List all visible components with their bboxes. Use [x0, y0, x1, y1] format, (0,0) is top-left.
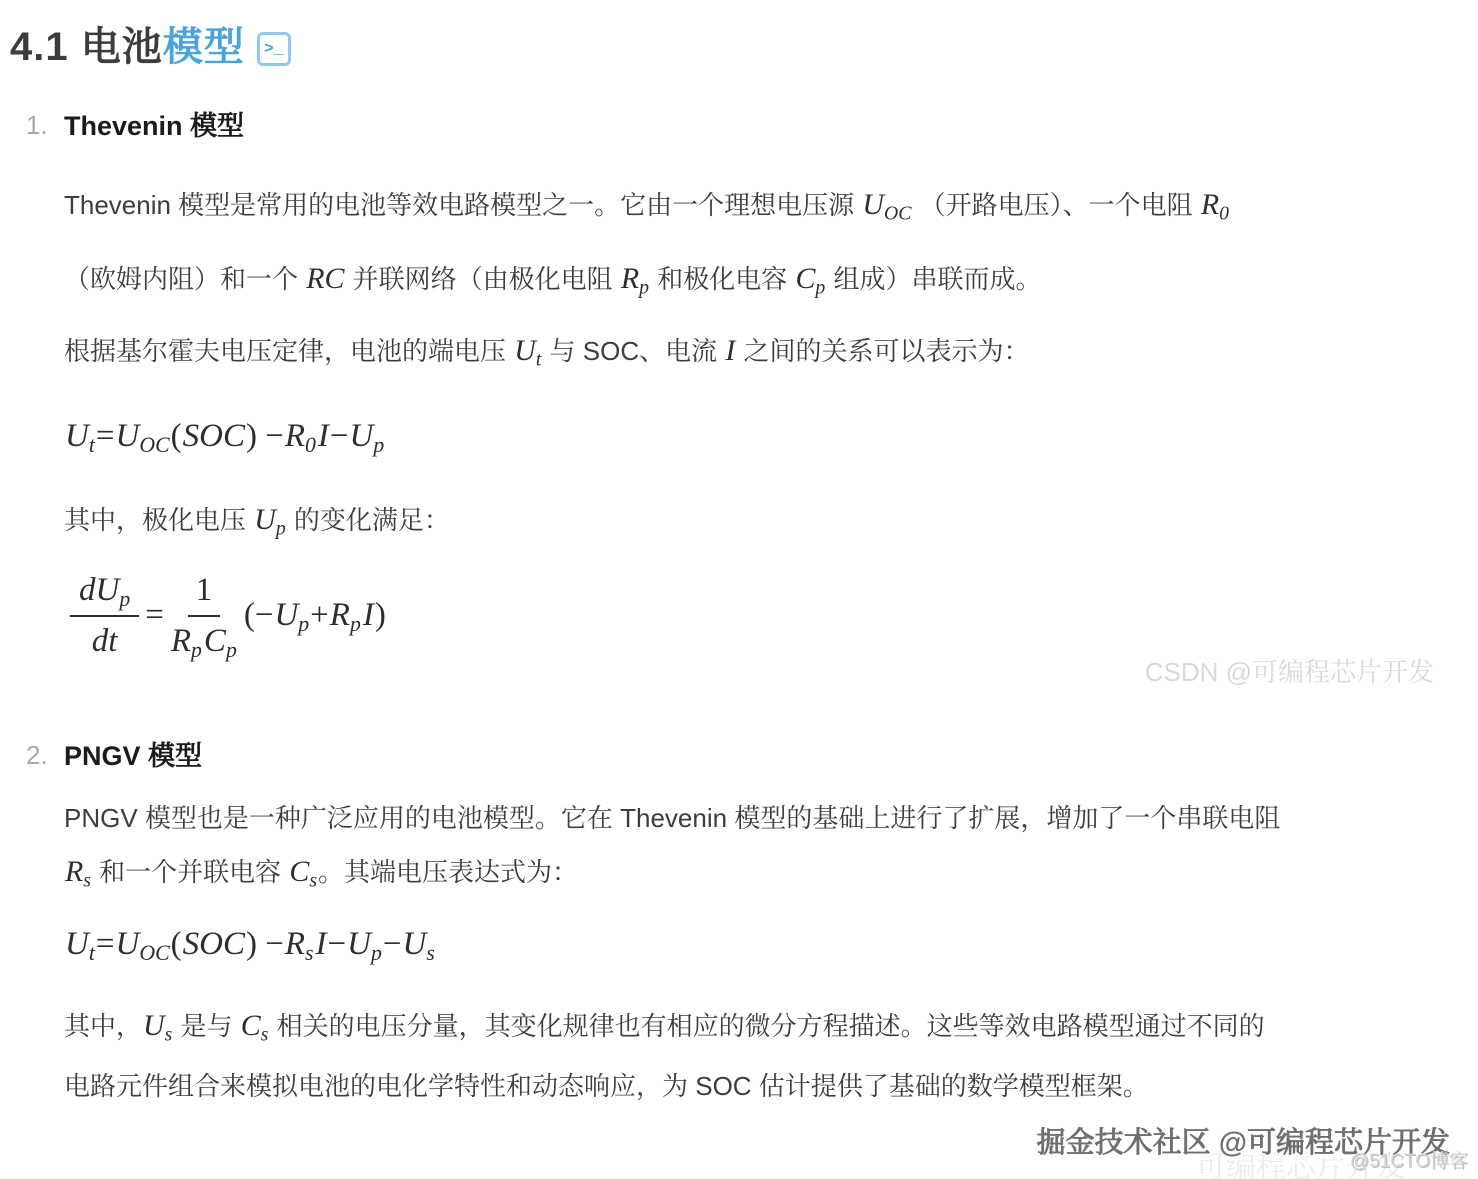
- math-var: I: [362, 597, 375, 634]
- math-var: Up: [349, 418, 386, 455]
- math-var: Ut: [64, 926, 96, 963]
- text-run: ) −: [246, 926, 284, 963]
- math-var: SOC: [182, 418, 246, 455]
- paragraph-thevenin-intro: Thevenin 模型是常用的电池等效电路模型之一。它由一个理想电压源 UOC …: [64, 168, 1448, 316]
- math-var: R0: [1200, 188, 1230, 221]
- text-run: （欧姆内阻）和一个: [64, 264, 305, 294]
- fraction: dUpdt: [70, 572, 139, 660]
- math-var: Ut: [513, 334, 542, 367]
- math-var: UOC: [115, 926, 171, 963]
- text-run: 。其端电压表达式为：: [318, 857, 578, 887]
- paragraph-pngv-intro: PNGV 模型也是一种广泛应用的电池模型。它在 Thevenin 模型的基础上进…: [64, 792, 1448, 899]
- math-var: Cp: [794, 262, 826, 295]
- math-var: I: [314, 926, 327, 963]
- heading-anchor-link[interactable]: 模型: [163, 26, 245, 68]
- formula-pngv-voltage: Ut = UOC(SOC) − RsI − Up − Us: [64, 926, 1448, 963]
- text-run: (: [171, 926, 182, 963]
- list-number: 2.: [26, 740, 48, 771]
- list-number: 1.: [26, 110, 48, 141]
- text-run: （开路电压）、一个电阻: [912, 190, 1199, 220]
- text-run: −: [330, 418, 349, 455]
- list-item-pngv: 2. PNGV 模型 PNGV 模型也是一种广泛应用的电池模型。它在 Theve…: [10, 740, 1448, 1116]
- text-run: (−: [244, 597, 274, 634]
- text-run: 组成）串联而成。: [826, 264, 1041, 294]
- text-run: 是与: [173, 1011, 239, 1041]
- text-line: Ut = UOC(SOC) − R0I − Up: [64, 418, 1448, 455]
- paragraph-polarization: 其中，极化电压 Up 的变化满足：: [64, 500, 1448, 540]
- text-run: +: [310, 597, 329, 634]
- math-var: I: [724, 334, 736, 367]
- paragraph-kirchhoff: 根据基尔霍夫电压定律，电池的端电压 Ut 与 SOC、电流 I 之间的关系可以表…: [64, 331, 1448, 371]
- math-var: I: [317, 418, 330, 455]
- watermark-51cto: @51CTO博客: [1350, 1146, 1468, 1173]
- math-var: Cs: [288, 855, 318, 888]
- text-line: 电路元件组合来模拟电池的电化学特性和动态响应，为 SOC 估计提供了基础的数学模…: [64, 1056, 1448, 1116]
- math-var: Up: [273, 597, 310, 634]
- math-var: Rs: [284, 926, 315, 963]
- text-run: −: [383, 926, 402, 963]
- math-var: Ut: [64, 418, 96, 455]
- text-run: 之间的关系可以表示为：: [736, 336, 1029, 366]
- math-var: Rp: [620, 262, 650, 295]
- text-line: 根据基尔霍夫电压定律，电池的端电压 Ut 与 SOC、电流 I 之间的关系可以表…: [64, 331, 1448, 371]
- text-run: 的变化满足：: [287, 505, 450, 535]
- text-run: ) −: [246, 418, 284, 455]
- text-run: PNGV 模型也是一种广泛应用的电池模型。它在 Thevenin 模型的基础上进…: [64, 803, 1280, 833]
- math-var: dt: [91, 623, 119, 659]
- text-run: 和极化电容: [650, 264, 794, 294]
- list-item-thevenin: 1. Thevenin 模型 Thevenin 模型是常用的电池等效电路模型之一…: [10, 110, 1448, 660]
- math-var: Cp: [203, 623, 238, 659]
- math-var: Rs: [64, 855, 92, 888]
- text-run: (: [171, 418, 182, 455]
- text-line: Rs 和一个并联电容 Cs。其端电压表达式为：: [64, 845, 1448, 899]
- formula-polarization-ode: dUpdt = 1RpCp(−Up + RpI): [64, 572, 1448, 660]
- text-run: Thevenin 模型是常用的电池等效电路模型之一。它由一个理想电压源: [64, 190, 861, 220]
- text-run: 相关的电压分量，其变化规律也有相应的微分方程描述。这些等效电路模型通过不同的: [269, 1011, 1264, 1041]
- text-run: 其中，: [64, 1011, 142, 1041]
- text-run: 根据基尔霍夫电压定律，电池的端电压: [64, 336, 513, 366]
- math-var: Us: [401, 926, 435, 963]
- section-heading: 4.1 电池模型 >_: [10, 26, 1448, 68]
- text-line: Thevenin 模型是常用的电池等效电路模型之一。它由一个理想电压源 UOC …: [64, 168, 1448, 242]
- paragraph-pngv-summary: 其中，Us 是与 Cs 相关的电压分量，其变化规律也有相应的微分方程描述。这些等…: [64, 996, 1448, 1116]
- text-run: 电路元件组合来模拟电池的电化学特性和动态响应，为 SOC 估计提供了基础的数学模…: [64, 1071, 1149, 1101]
- terminal-icon[interactable]: >_: [257, 32, 291, 66]
- math-var: UOC: [861, 188, 912, 221]
- text-run: 与 SOC、电流: [542, 336, 724, 366]
- math-var: Cs: [240, 1009, 270, 1042]
- text-run: ): [375, 597, 386, 634]
- math-var: Up: [346, 926, 383, 963]
- heading-text: 4.1 电池: [10, 26, 163, 68]
- text-line: Ut = UOC(SOC) − RsI − Up − Us: [64, 926, 1448, 963]
- text-run: =: [145, 597, 164, 634]
- text-run: 和一个并联电容: [92, 857, 288, 887]
- article-body: 4.1 电池模型 >_ 1. Thevenin 模型 Thevenin 模型是常…: [0, 0, 1478, 1116]
- math-var: RC: [305, 262, 345, 295]
- model-title-pngv: PNGV 模型: [64, 740, 1448, 774]
- math-var: R0: [284, 418, 317, 455]
- text-run: 1: [196, 572, 213, 608]
- text-run: −: [327, 926, 346, 963]
- text-line: dUpdt = 1RpCp(−Up + RpI): [64, 572, 1448, 660]
- math-var: Up: [253, 503, 286, 536]
- text-run: =: [96, 926, 115, 963]
- math-var: Us: [142, 1009, 173, 1042]
- fraction: 1RpCp: [170, 572, 238, 660]
- watermark-juejin: 掘金技术社区 @可编程芯片开发: [1037, 1120, 1450, 1161]
- text-run: 其中，极化电压: [64, 505, 253, 535]
- text-run: 并联网络（由极化电阻: [345, 264, 619, 294]
- math-var: SOC: [182, 926, 246, 963]
- math-var: Rp: [170, 623, 203, 659]
- text-run: =: [96, 418, 115, 455]
- math-var: UOC: [115, 418, 171, 455]
- formula-terminal-voltage: Ut = UOC(SOC) − R0I − Up: [64, 418, 1448, 455]
- math-var: Rp: [329, 597, 362, 634]
- text-line: （欧姆内阻）和一个 RC 并联网络（由极化电阻 Rp 和极化电容 Cp 组成）串…: [64, 242, 1448, 316]
- text-line: 其中，Us 是与 Cs 相关的电压分量，其变化规律也有相应的微分方程描述。这些等…: [64, 996, 1448, 1056]
- text-line: PNGV 模型也是一种广泛应用的电池模型。它在 Thevenin 模型的基础上进…: [64, 792, 1448, 845]
- text-line: 其中，极化电压 Up 的变化满足：: [64, 500, 1448, 540]
- model-title-thevenin: Thevenin 模型: [64, 110, 1448, 144]
- watermark-ghost: 可编程芯片开发: [1196, 1142, 1406, 1179]
- math-var: dUp: [78, 572, 131, 608]
